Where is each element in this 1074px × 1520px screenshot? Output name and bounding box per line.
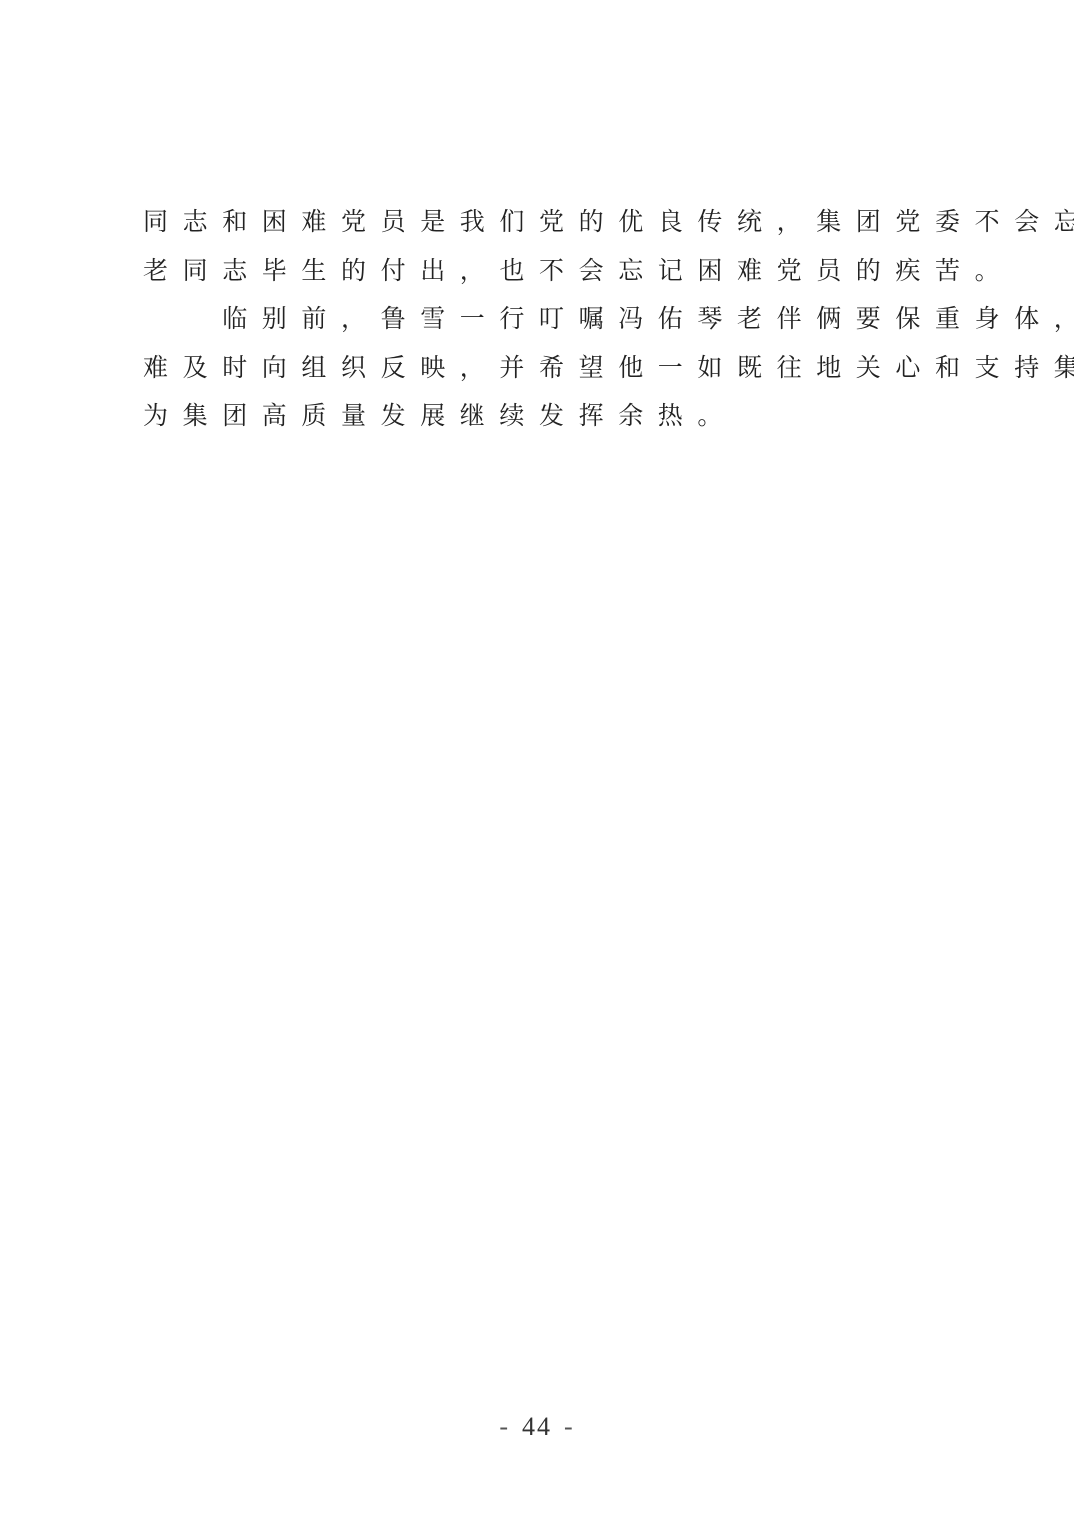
- body-text: 同志和困难党员是我们党的优良传统，集团党委不会忘记老党员、 老同志毕生的付出，也…: [143, 198, 953, 441]
- text-line: 同志和困难党员是我们党的优良传统，集团党委不会忘记老党员、: [143, 198, 953, 247]
- footer-dash-left: -: [499, 1412, 510, 1442]
- page-footer: -44-: [0, 1412, 1074, 1442]
- text-line: 老同志毕生的付出，也不会忘记困难党员的疾苦。: [143, 247, 953, 296]
- document-page: 同志和困难党员是我们党的优良传统，集团党委不会忘记老党员、 老同志毕生的付出，也…: [0, 0, 1074, 1520]
- text-line: 临别前，鲁雪一行叮嘱冯佑琴老伴俩要保重身体，有问题和困: [143, 295, 953, 344]
- text-line: 难及时向组织反映，并希望他一如既往地关心和支持集团改革发展，: [143, 344, 953, 393]
- footer-dash-right: -: [564, 1412, 575, 1442]
- text-line: 为集团高质量发展继续发挥余热。: [143, 392, 953, 441]
- page-number: 44: [522, 1412, 552, 1441]
